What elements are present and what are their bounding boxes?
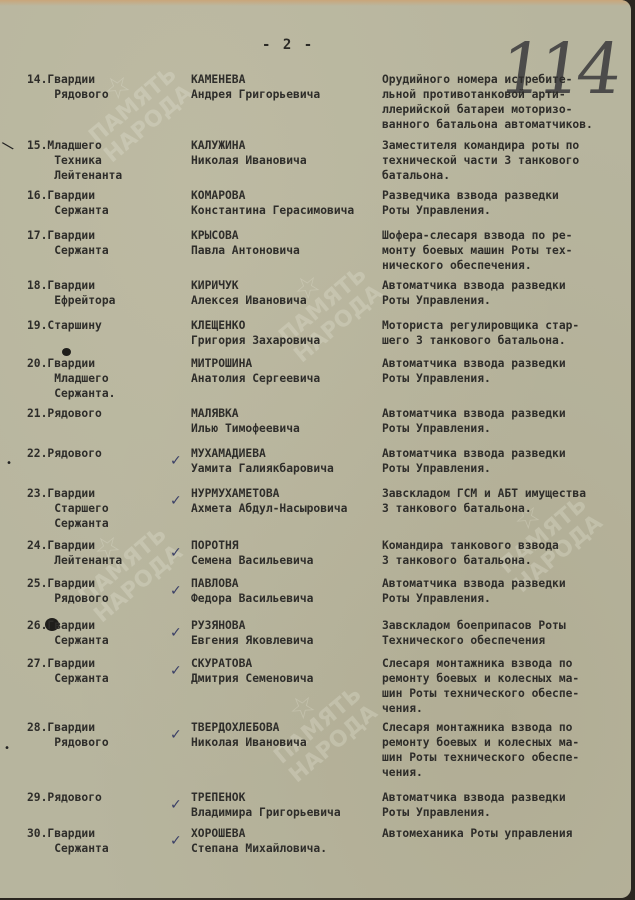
ink-blot — [62, 348, 71, 356]
entry-rank: 21.Рядового — [27, 406, 102, 421]
entry-rank: 15.Младшего Техника Лейтенанта — [27, 138, 122, 183]
entry-duty: Автоматчика взвода разведки Роты Управле… — [382, 406, 566, 436]
entry-rank: 29.Рядового — [27, 790, 102, 805]
entry-duty: Шофера-слесаря взвода по ре- монту боевы… — [382, 228, 572, 273]
entry-duty: Автоматчика взвода разведки Роты Управле… — [382, 446, 566, 476]
entry-rank: 17.Гвардии Сержанта — [27, 228, 109, 258]
entry-name: КОМАРОВА Константина Герасимовича — [191, 188, 354, 218]
entry-name: ХОРОШЕВА Степана Михайловича. — [191, 826, 327, 856]
checkmark-icon: ✓ — [170, 494, 182, 509]
entry-name: МАЛЯВКА Илью Тимофеевича — [191, 406, 300, 436]
document-page: ☆ ПАМЯТЬ НАРОДА ☆ ПАМЯТЬ НАРОДА ☆ ПАМЯТЬ… — [0, 0, 631, 898]
entry-rank: 30.Гвардии Сержанта — [27, 826, 109, 856]
checkmark-icon: ✓ — [170, 454, 182, 469]
entry-rank: 25.Гвардии Рядового — [27, 576, 109, 606]
margin-mark: • — [4, 743, 10, 754]
entry-name: КАМЕНЕВА Андрея Григорьевича — [191, 72, 320, 102]
entry-rank: 23.Гвардии Старшего Сержанта — [27, 486, 109, 531]
checkmark-icon: ✓ — [170, 798, 182, 813]
entry-duty: Орудийного номера истребите- льной проти… — [382, 72, 593, 132]
checkmark-icon: ✓ — [170, 546, 182, 561]
entry-name: ПОРОТНЯ Семена Васильевича — [191, 538, 313, 568]
entry-name: СКУРАТОВА Дмитрия Семеновича — [191, 656, 313, 686]
entry-duty: Завскладом ГСМ и АБТ имущества 3 танково… — [382, 486, 586, 516]
entry-rank: 28.Гвардии Рядового — [27, 720, 109, 750]
entry-duty: Автомеханика Роты управления — [382, 826, 572, 841]
checkmark-icon: ✓ — [170, 728, 182, 743]
entry-rank: 14.Гвардии Рядового — [27, 72, 109, 102]
entry-name: ПАВЛОВА Федора Васильевича — [191, 576, 313, 606]
margin-mark: • — [6, 458, 12, 469]
entry-rank: 22.Рядового — [27, 446, 102, 461]
entry-name: МИТРОШИНА Анатолия Сергеевича — [191, 356, 320, 386]
entry-duty: Слесаря монтажника взвода по ремонту бое… — [382, 720, 579, 780]
entry-name: НУРМУХАМЕТОВА Ахмета Абдул-Насыровича — [191, 486, 347, 516]
margin-mark: \ — [0, 137, 16, 155]
entry-rank: 16.Гвардии Сержанта — [27, 188, 109, 218]
entry-duty: Завскладом боеприпасов Роты Технического… — [382, 618, 566, 648]
page-number: - 2 - — [262, 37, 314, 53]
entry-name: КЛЕЩЕНКО Григория Захаровича — [191, 318, 320, 348]
entry-duty: Разведчика взвода разведки Роты Управлен… — [382, 188, 559, 218]
entry-rank: 18.Гвардии Ефрейтора — [27, 278, 115, 308]
entry-rank: 24.Гвардии Лейтенанта — [27, 538, 122, 568]
entry-duty: Слесаря монтажника взвода по ремонту бое… — [382, 656, 579, 716]
entry-duty: Автоматчика взвода разведки Роты Управле… — [382, 576, 566, 606]
entry-duty: Командира танкового взвода 3 танкового б… — [382, 538, 559, 568]
entry-rank: 26.Гвардии Сержанта — [27, 618, 109, 648]
entry-name: ТВЕРДОХЛЕБОВА Николая Ивановича — [191, 720, 307, 750]
entry-duty: Заместителя командира роты по техническо… — [382, 138, 579, 183]
entry-rank: 19.Старшину — [27, 318, 102, 333]
entry-duty: Автоматчика взвода разведки Роты Управле… — [382, 278, 566, 308]
entry-rank: 27.Гвардии Сержанта — [27, 656, 109, 686]
checkmark-icon: ✓ — [170, 626, 182, 641]
checkmark-icon: ✓ — [170, 584, 182, 599]
page-top-edge — [0, 0, 631, 6]
checkmark-icon: ✓ — [170, 834, 182, 849]
entry-name: КРЫСОВА Павла Антоновича — [191, 228, 300, 258]
entry-name: ТРЕПЕНОК Владимира Григорьевича — [191, 790, 341, 820]
entry-rank: 20.Гвардии Младшего Сержанта. — [27, 356, 115, 401]
entry-name: КИРИЧУК Алексея Ивановича — [191, 278, 307, 308]
entry-duty: Автоматчика взвода разведки Роты Управле… — [382, 356, 566, 386]
checkmark-icon: ✓ — [170, 664, 182, 679]
entry-name: КАЛУЖИНА Николая Ивановича — [191, 138, 307, 168]
entry-duty: Автоматчика взвода разведки Роты Управле… — [382, 790, 566, 820]
entry-name: МУХАМАДИЕВА Уамита Галиякбаровича — [191, 446, 334, 476]
entry-duty: Моториста регулировщика стар- шего 3 тан… — [382, 318, 579, 348]
entry-name: РУЗЯНОВА Евгения Яковлевича — [191, 618, 313, 648]
